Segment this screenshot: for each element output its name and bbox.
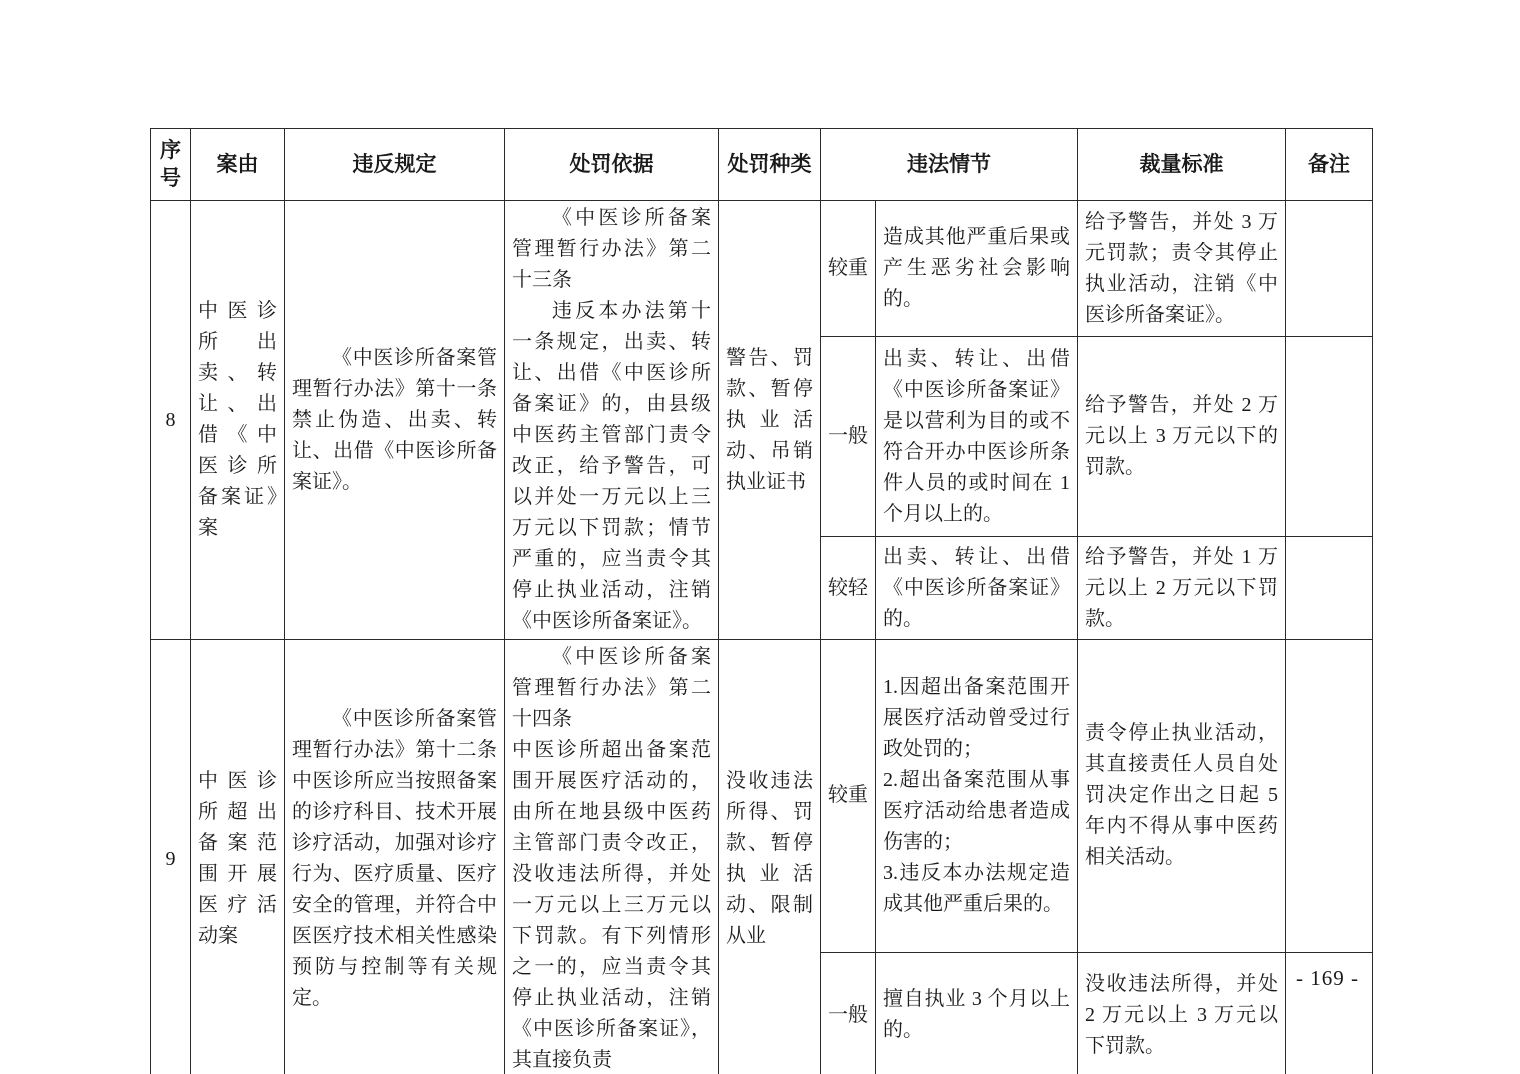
page-number: - 169 - — [1296, 966, 1359, 991]
header-violation: 违反规定 — [285, 129, 505, 201]
row8-sub3-standard: 给予警告，并处 1 万元以上 2 万元以下罚款。 — [1078, 537, 1286, 640]
row8-sub1-severity: 较重 — [821, 201, 876, 337]
header-penalty-type: 处罚种类 — [719, 129, 821, 201]
row8-violation-text: 《中医诊所备案管理暂行办法》第十一条 禁止伪造、出卖、转让、出借《中医诊所备案证… — [292, 343, 497, 498]
row8-violation: 《中医诊所备案管理暂行办法》第十一条 禁止伪造、出卖、转让、出借《中医诊所备案证… — [285, 201, 505, 640]
row9-sub1-severity: 较重 — [821, 640, 876, 953]
row9-sub2-severity: 一般 — [821, 952, 876, 1074]
row9-penalty-types: 没收违法所得、罚款、暂停执业活动、限制从业 — [719, 640, 821, 1074]
header-seq-no: 序号 — [151, 129, 191, 201]
row8-sub2-standard: 给予警告，并处 2 万元以上 3 万元以下的罚款。 — [1078, 337, 1286, 537]
row9-cause: 中医诊所超出备案范围开展医疗活动案 — [191, 640, 285, 1074]
row8-sub1-remark — [1286, 201, 1373, 337]
row8-basis-paragraph-1: 《中医诊所备案管理暂行办法》第二十三条 — [512, 203, 711, 296]
table-header-row: 序号 案由 违反规定 处罚依据 处罚种类 违法情节 裁量标准 备注 — [151, 129, 1373, 201]
row8-basis: 《中医诊所备案管理暂行办法》第二十三条 违反本办法第十一条规定，出卖、转让、出借… — [505, 201, 719, 640]
table-row: 8 中医诊所出卖、转让、出借《中医诊所备案证》案 《中医诊所备案管理暂行办法》第… — [151, 201, 1373, 337]
header-circumstance: 违法情节 — [821, 129, 1078, 201]
row8-sub3-remark — [1286, 537, 1373, 640]
header-basis: 处罚依据 — [505, 129, 719, 201]
penalty-discretion-table: 序号 案由 违反规定 处罚依据 处罚种类 违法情节 裁量标准 备注 8 中医诊所… — [150, 128, 1373, 1074]
row9-basis: 《中医诊所备案管理暂行办法》第二十四条 中医诊所超出备案范围开展医疗活动的，由所… — [505, 640, 719, 1074]
row9-seq-no: 9 — [151, 640, 191, 1074]
header-remark: 备注 — [1286, 129, 1373, 201]
row8-sub2-severity: 一般 — [821, 337, 876, 537]
header-cause: 案由 — [191, 129, 285, 201]
row8-basis-paragraph-2: 违反本办法第十一条规定，出卖、转让、出借《中医诊所备案证》的，由县级中医药主管部… — [512, 296, 711, 637]
row8-cause: 中医诊所出卖、转让、出借《中医诊所备案证》案 — [191, 201, 285, 640]
row9-sub1-standard: 责令停止执业活动，其直接责任人员自处罚决定作出之日起 5 年内不得从事中医药相关… — [1078, 640, 1286, 953]
row9-basis-paragraph-1: 《中医诊所备案管理暂行办法》第二十四条 — [512, 642, 711, 735]
row9-sub2-standard: 没收违法所得，并处 2 万元以上 3 万元以下罚款。 — [1078, 952, 1286, 1074]
row9-violation: 《中医诊所备案管理暂行办法》第十二条 中医诊所应当按照备案的诊疗科目、技术开展诊… — [285, 640, 505, 1074]
row8-sub2-circumstance: 出卖、转让、出借《中医诊所备案证》是以营利为目的或不符合开办中医诊所条件人员的或… — [876, 337, 1078, 537]
row9-sub2-circumstance: 擅自执业 3 个月以上的。 — [876, 952, 1078, 1074]
row8-sub3-severity: 较轻 — [821, 537, 876, 640]
row8-sub3-circumstance: 出卖、转让、出借《中医诊所备案证》的。 — [876, 537, 1078, 640]
row8-seq-no: 8 — [151, 201, 191, 640]
row9-sub1-remark — [1286, 640, 1373, 953]
row9-violation-text: 《中医诊所备案管理暂行办法》第十二条 中医诊所应当按照备案的诊疗科目、技术开展诊… — [292, 704, 497, 1014]
row8-sub1-standard: 给予警告，并处 3 万元罚款；责令其停止执业活动，注销《中医诊所备案证》。 — [1078, 201, 1286, 337]
row9-sub1-circumstance: 1.因超出备案范围开展医疗活动曾受过行政处罚的； 2.超出备案范围从事医疗活动给… — [876, 640, 1078, 953]
table-row: 9 中医诊所超出备案范围开展医疗活动案 《中医诊所备案管理暂行办法》第十二条 中… — [151, 640, 1373, 953]
row9-basis-paragraph-2: 中医诊所超出备案范围开展医疗活动的，由所在地县级中医药主管部门责令改正，没收违法… — [512, 735, 711, 1074]
header-standard: 裁量标准 — [1078, 129, 1286, 201]
row8-sub1-circumstance: 造成其他严重后果或产生恶劣社会影响的。 — [876, 201, 1078, 337]
row8-sub2-remark — [1286, 337, 1373, 537]
document-page: 序号 案由 违反规定 处罚依据 处罚种类 违法情节 裁量标准 备注 8 中医诊所… — [0, 0, 1520, 1074]
row8-penalty-types: 警告、罚款、暂停执业活动、吊销执业证书 — [719, 201, 821, 640]
